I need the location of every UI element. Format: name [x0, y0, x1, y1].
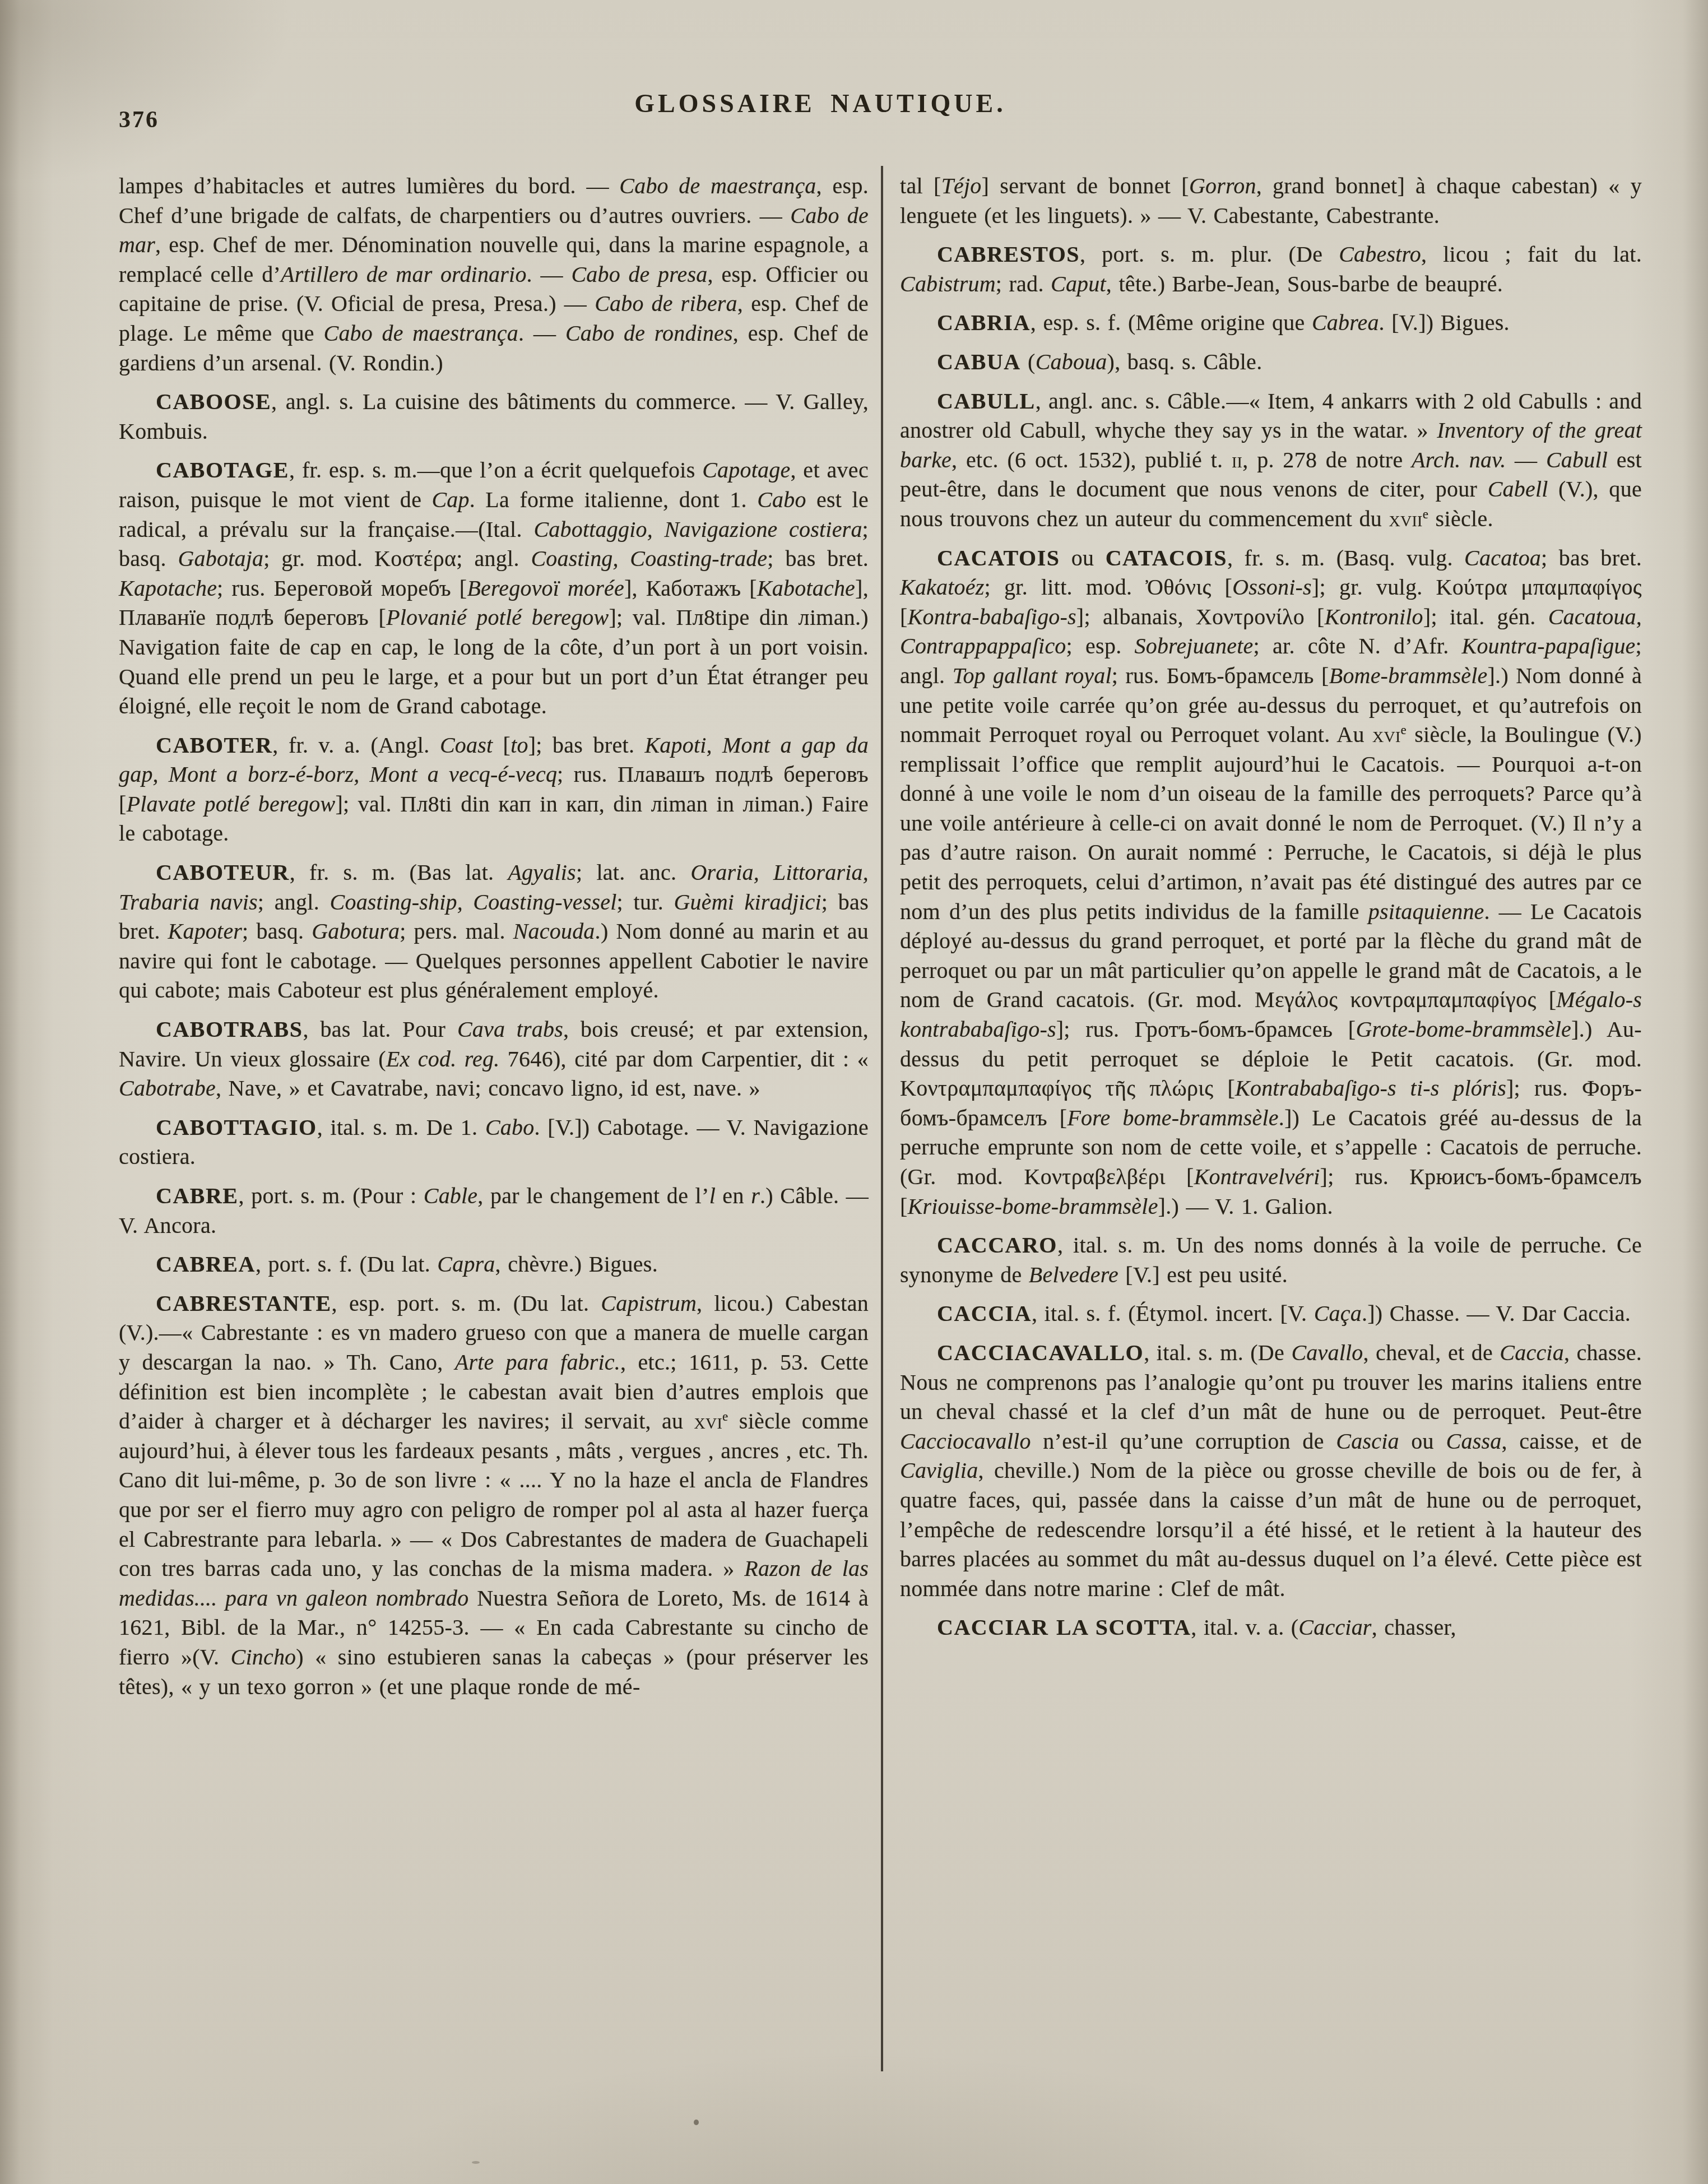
entry-paragraph: CABOTER, fr. v. a. (Angl. Coast [to]; ba…	[119, 731, 869, 848]
entry-paragraph: CABULL, angl. anc. s. Câble.—« Item, 4 a…	[900, 387, 1642, 534]
entry-paragraph: CACATOIS ou CATACOIS, fr. s. m. (Basq. v…	[900, 544, 1642, 1222]
entry-paragraph: CACCARO, ital. s. m. Un des noms donnés …	[900, 1231, 1642, 1290]
entry-paragraph: CABOOSE, angl. s. La cuisine des bâtimen…	[119, 387, 869, 446]
entry-paragraph: CABREA, port. s. f. (Du lat. Capra, chèv…	[119, 1250, 869, 1279]
entry-paragraph: CABUA (Caboua), basq. s. Câble.	[900, 347, 1642, 377]
entry-paragraph: lampes d’habitacles et autres lumières d…	[119, 171, 869, 378]
entry-paragraph: CACCIA, ital. s. f. (Étymol. incert. [V.…	[900, 1299, 1642, 1329]
page-title: GLOSSAIRE NAUTIQUE.	[0, 89, 1641, 118]
entry-paragraph: CABRE, port. s. m. (Pour : Cable, par le…	[119, 1181, 869, 1240]
column-divider-rule	[881, 166, 883, 2071]
entry-paragraph: CABRESTANTE, esp. port. s. m. (Du lat. C…	[119, 1289, 869, 1701]
entry-paragraph: CACCIAR LA SCOTTA, ital. v. a. (Cacciar,…	[900, 1613, 1642, 1643]
entry-paragraph: CACCIACAVALLO, ital. s. m. (De Cavallo, …	[900, 1338, 1642, 1603]
entry-paragraph: tal [Téjo] servant de bonnet [Gorron, gr…	[900, 171, 1642, 230]
entry-paragraph: CABOTAGE, fr. esp. s. m.—que l’on a écri…	[119, 456, 869, 721]
column-left: lampes d’habitacles et autres lumières d…	[119, 171, 869, 1711]
entry-paragraph: CABRIA, esp. s. f. (Même origine que Cab…	[900, 308, 1642, 338]
entry-paragraph: CABOTRABS, bas lat. Pour Cava trabs, boi…	[119, 1015, 869, 1103]
entry-paragraph: CABOTEUR, fr. s. m. (Bas lat. Agyalis; l…	[119, 858, 869, 1005]
ink-speck	[694, 2120, 699, 2125]
book-page: 376 GLOSSAIRE NAUTIQUE. lampes d’habitac…	[0, 0, 1708, 2184]
entry-paragraph: CABRESTOS, port. s. m. plur. (De Cabestr…	[900, 240, 1642, 299]
column-right: tal [Téjo] servant de bonnet [Gorron, gr…	[900, 171, 1642, 1652]
ink-speck	[472, 2161, 480, 2164]
entry-paragraph: CABOTTAGIO, ital. s. m. De 1. Cabo. [V.]…	[119, 1113, 869, 1172]
